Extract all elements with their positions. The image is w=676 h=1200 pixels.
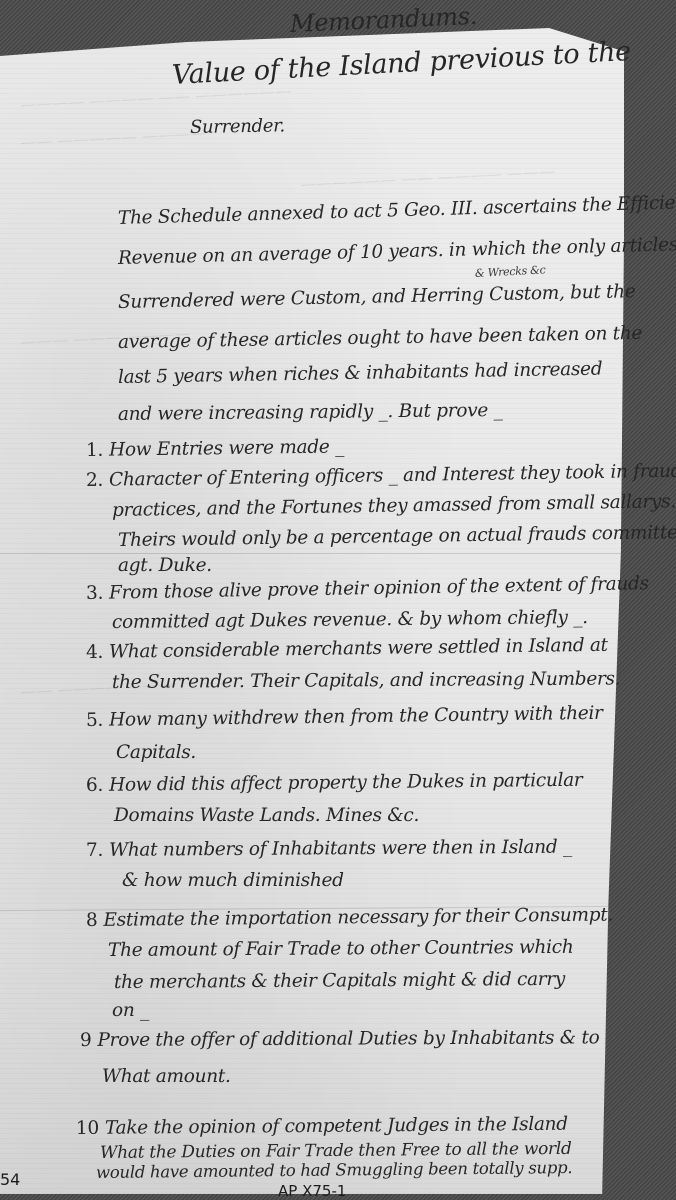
item-number: 4. [86,642,103,663]
item-number: 9 [80,1030,92,1051]
item-number: 7. [86,840,103,861]
item-6-continued: Domains Waste Lands. Mines &c. [114,805,419,826]
item-text: Take the opinion of competent Judges in … [105,1114,568,1139]
item-text: How Entries were made _ [109,436,344,460]
item-9-continued: What amount. [102,1066,231,1087]
item-number: 1. [86,440,103,461]
item-number: 5. [86,710,103,731]
item-text: Prove the offer of additional Duties by … [97,1027,599,1051]
item-7-continued: & how much diminished [122,870,344,891]
bleed-through-text: ———— ————— —— [20,123,207,152]
item-8-continued: on _ [112,1000,149,1021]
document-title-continued: Surrender. [190,115,285,138]
bleed-through-text: ——— ———— —— —————— [300,161,556,193]
item-number: 10 [76,1118,99,1139]
item-2-continued: agt. Duke. [118,555,212,576]
item-1: 1.How Entries were made _ [86,436,344,461]
item-7: 7.What numbers of Inhabitants were then … [86,837,572,861]
item-number: 8 [86,910,98,931]
item-number: 3. [86,583,103,604]
item-10: 10Take the opinion of competent Judges i… [76,1114,568,1139]
item-8-continued: the merchants & their Capitals might & d… [114,969,565,993]
item-8-continued: The amount of Fair Trade to other Countr… [108,937,574,961]
intro-line: and were increasing rapidly _. But prove… [118,400,503,425]
item-9: 9Prove the offer of additional Duties by… [80,1027,600,1051]
item-text: What numbers of Inhabitants were then in… [109,837,572,861]
item-number: 6. [86,775,103,796]
archive-reference: AP X75-1 [278,1182,346,1200]
page-number: 54 [0,1170,20,1189]
item-5-continued: Capitals. [116,742,196,763]
fold-crease [0,553,624,554]
item-number: 2. [86,470,103,491]
item-4-continued: the Surrender. Their Capitals, and incre… [112,668,620,693]
